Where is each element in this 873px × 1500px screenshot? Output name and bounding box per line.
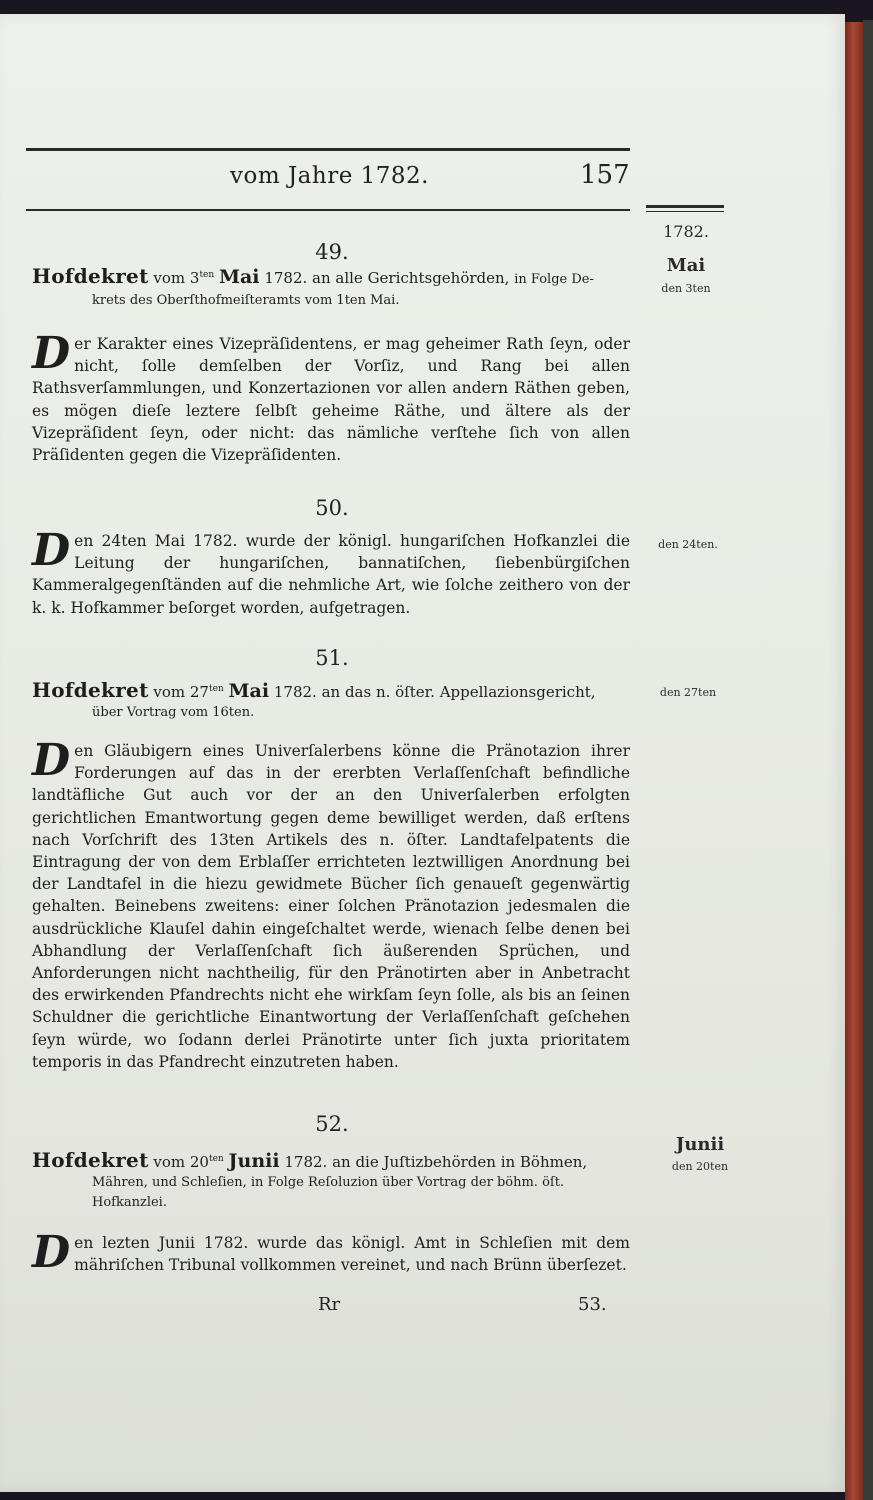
body-text: en 24ten Mai 1782. wurde der königl. hun… <box>32 532 630 617</box>
heading-rest: 1782. an alle Gerichtsgehörden, <box>264 269 509 287</box>
margin-year: 1782. <box>641 222 731 241</box>
drop-cap: D <box>32 1234 70 1272</box>
drop-cap: D <box>32 335 70 373</box>
signature-mark: Rr <box>318 1294 340 1315</box>
heading-continuation: krets des Oberſthofmeiſteramts vom 1ten … <box>32 291 630 311</box>
page-number: 157 <box>580 160 630 190</box>
heading-lead: Hofdekret <box>32 264 149 288</box>
margin-note-52: den 20ten <box>655 1160 745 1173</box>
heading-lead: Hofdekret <box>32 1148 149 1172</box>
heading-rest: 1782. an die Juſtizbehörden in Böhmen, <box>284 1153 587 1171</box>
heading-month: Junii <box>229 1150 280 1172</box>
section-heading-51: Hofdekret vom 27ten Mai 1782. an das n. … <box>32 678 630 723</box>
margin-rule-thin <box>646 211 724 212</box>
section-number-51: 51. <box>292 646 372 670</box>
heading-sup: ten <box>199 270 214 280</box>
heading-sup: ten <box>209 1154 224 1164</box>
margin-month-mai: Mai <box>641 255 731 276</box>
drop-cap: D <box>32 532 70 570</box>
heading-month: Mai <box>229 680 270 702</box>
margin-note-51: den 27ten <box>643 686 733 699</box>
margin-rule <box>646 205 724 208</box>
heading-month: Mai <box>219 266 260 288</box>
heading-small: in Folge De- <box>514 272 594 287</box>
section-heading-52: Hofdekret vom 20ten Junii 1782. an die J… <box>32 1148 630 1213</box>
header-rule-top <box>26 148 630 151</box>
heading-continuation: Mähren, und Schleſien, in Folge Reſoluzi… <box>32 1173 630 1213</box>
heading-date: vom 3 <box>153 269 199 287</box>
section-body-49: Der Karakter eines Vizepräſidentens, er … <box>32 333 630 466</box>
section-body-52: Den lezten Junii 1782. wurde das königl.… <box>32 1232 630 1276</box>
heading-rest: 1782. an das n. öſter. Appellazionsgeric… <box>274 683 596 701</box>
section-heading-49: Hofdekret vom 3ten Mai 1782. an alle Ger… <box>32 264 630 311</box>
running-head: vom Jahre 1782. <box>230 163 429 189</box>
catchword: 53. <box>578 1294 607 1315</box>
section-body-50: Den 24ten Mai 1782. wurde der königl. hu… <box>32 530 630 619</box>
book-cover-edge <box>863 20 873 1500</box>
drop-cap: D <box>32 742 70 780</box>
margin-note-50: den 24ten. <box>643 538 733 551</box>
heading-lead: Hofdekret <box>32 678 149 702</box>
section-body-51: Den Gläubigern eines Univerſalerbens kön… <box>32 740 630 1073</box>
heading-date: vom 20 <box>153 1153 209 1171</box>
section-number-50: 50. <box>292 496 372 520</box>
section-number-52: 52. <box>292 1112 372 1136</box>
body-text: er Karakter eines Vizepräſidentens, er m… <box>32 335 630 464</box>
heading-date: vom 27 <box>153 683 209 701</box>
header-rule-bottom <box>26 209 630 211</box>
section-number-49: 49. <box>292 240 372 264</box>
body-text: en Gläubigern eines Univerſalerbens könn… <box>32 742 630 1071</box>
margin-note-49: den 3ten <box>641 282 731 295</box>
heading-sup: ten <box>209 684 224 694</box>
heading-continuation: über Vortrag vom 16ten. <box>32 703 630 723</box>
body-text: en lezten Junii 1782. wurde das königl. … <box>74 1234 630 1274</box>
margin-month-junii: Junii <box>655 1134 745 1155</box>
